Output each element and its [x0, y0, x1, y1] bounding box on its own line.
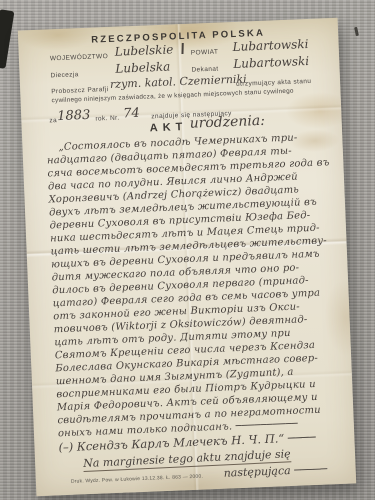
fabric-mark: [354, 27, 359, 36]
deanery-value: Lubartowski: [233, 54, 309, 71]
act-body-text: „Состоялось въ посадѣ Чемерникахъ три-на…: [46, 130, 342, 440]
printer-imprint: Druk. Wydz. Pow. w Łukowie 13.12.38. Ł. …: [70, 472, 204, 485]
voivodeship-value: Lubelskie: [114, 42, 173, 58]
county-label: POWIAT: [191, 49, 219, 57]
diocese-label: Diecezja: [50, 71, 78, 79]
diocese-value: Lubelska: [115, 60, 170, 76]
county-value: Lubartowski: [232, 37, 308, 54]
document-paper: RZECZPOSPOLITA POLSKA WOJEWÓDZTWO Lubels…: [18, 18, 356, 496]
parish-label: Proboszcz Parafji: [51, 86, 109, 95]
act-heading-printed: AKT: [150, 121, 188, 134]
act-heading-handwritten: urodzenia:: [189, 113, 265, 132]
pen-tip-object: [0, 9, 14, 69]
deanery-label: Dekanat: [191, 66, 218, 74]
margin-note-line2: następująca ─────: [223, 463, 327, 480]
photo-scene: RZECZPOSPOLITA POLSKA WOJEWÓDZTWO Lubels…: [0, 0, 375, 500]
voivodeship-label: WOJEWÓDZTWO: [50, 53, 108, 62]
